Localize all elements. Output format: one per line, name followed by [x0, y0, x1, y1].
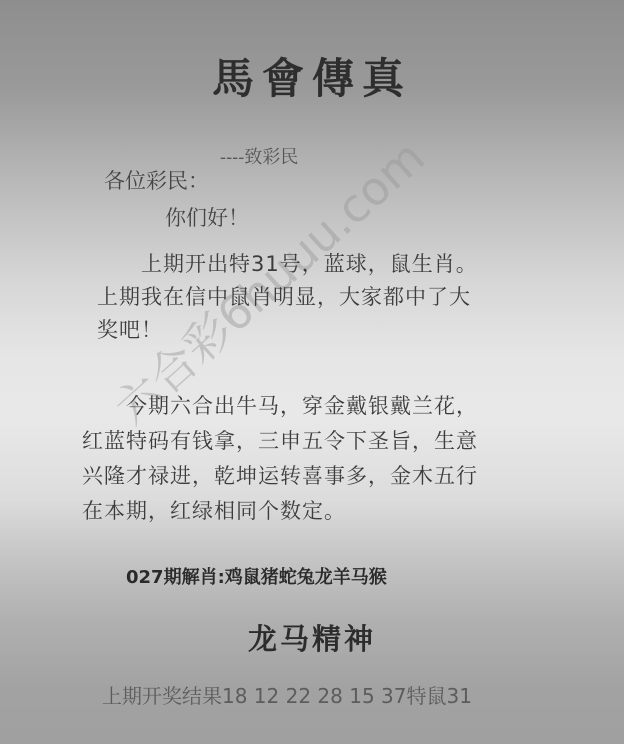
addressee-line: ----致彩民	[220, 143, 298, 169]
paragraph-line: 兴隆才禄进，乾坤运转喜事多，金木五行	[82, 459, 478, 494]
salutation: 各位彩民：	[104, 165, 209, 195]
page-title: 馬會傳真	[0, 46, 624, 106]
paragraph-line: 今期六合出牛马，穿金戴银戴兰花，	[82, 389, 478, 424]
prediction-line: 027期解肖:鸡鼠猪蛇兔龙羊马猴	[126, 563, 387, 589]
last-result-line: 上期开奖结果18 12 22 28 15 37特鼠31	[102, 680, 472, 709]
paragraph-poem: 今期六合出牛马，穿金戴银戴兰花， 红蓝特码有钱拿，三申五令下圣旨，生意 兴隆才禄…	[82, 389, 478, 529]
paragraph-line: 红蓝特码有钱拿，三申五令下圣旨，生意	[82, 424, 478, 459]
paragraph-line: 奖吧！	[97, 314, 478, 347]
paragraph-line: 上期我在信中鼠肖明显，大家都中了大	[97, 281, 478, 314]
greeting: 你们好！	[165, 202, 249, 232]
paragraph-line: 在本期，红绿相同个数定。	[82, 494, 478, 529]
slogan: 龙马精神	[0, 617, 624, 658]
paragraph-line: 上期开出特31号，蓝球，鼠生肖。	[97, 248, 478, 281]
paragraph-last-result: 上期开出特31号，蓝球，鼠生肖。 上期我在信中鼠肖明显，大家都中了大 奖吧！	[97, 248, 478, 347]
